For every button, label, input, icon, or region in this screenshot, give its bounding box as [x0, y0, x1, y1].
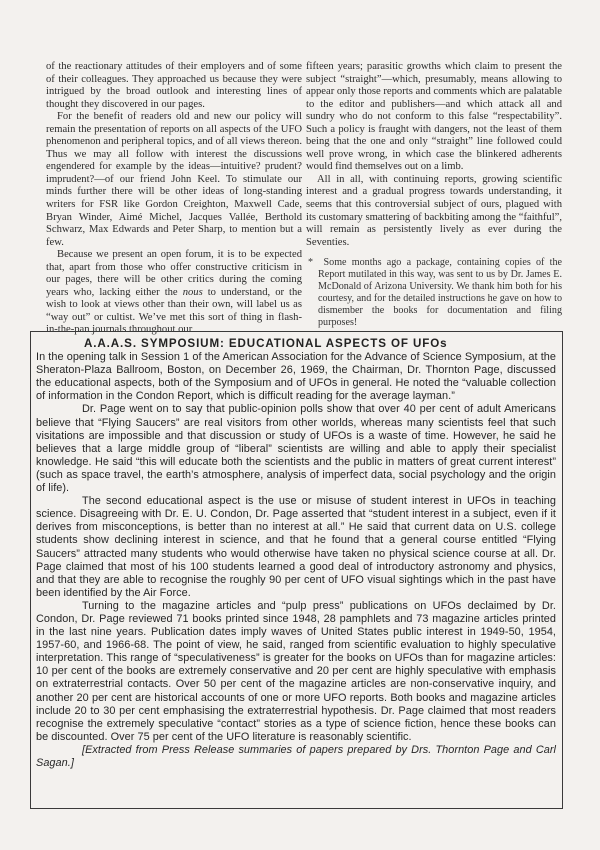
- footnote-marker: *: [308, 257, 313, 268]
- editorial-paragraph: Because we present an open forum, it is …: [46, 249, 302, 337]
- emphasis-word: nous: [183, 287, 203, 298]
- magazine-page: of the reactionary attitudes of their em…: [0, 0, 600, 850]
- editorial-left-column: of the reactionary attitudes of their em…: [46, 61, 302, 337]
- editorial-paragraph: For the benefit of readers old and new o…: [46, 111, 302, 249]
- article-paragraph: Dr. Page went on to say that public-opin…: [36, 403, 556, 495]
- article-title: A.A.A.S. SYMPOSIUM: EDUCATIONAL ASPECTS …: [36, 337, 556, 350]
- article-credit: [Extracted from Press Release summaries …: [36, 744, 556, 770]
- article-paragraph: In the opening talk in Session 1 of the …: [36, 351, 556, 403]
- article-paragraph: Turning to the magazine articles and “pu…: [36, 600, 556, 744]
- editorial-paragraph: of the reactionary attitudes of their em…: [46, 61, 302, 111]
- editorial-paragraph: All in all, with continuing reports, gro…: [306, 174, 562, 249]
- article-paragraph: The second educational aspect is the use…: [36, 495, 556, 600]
- editorial-paragraph: fifteen years; parasitic growths which c…: [306, 61, 562, 174]
- footnote: * Some months ago a package, containing …: [306, 257, 562, 328]
- article-box: A.A.A.S. SYMPOSIUM: EDUCATIONAL ASPECTS …: [30, 331, 563, 809]
- footnote-text: Some months ago a package, containing co…: [318, 257, 562, 328]
- article-body: A.A.A.S. SYMPOSIUM: EDUCATIONAL ASPECTS …: [36, 337, 556, 770]
- editorial-right-column: fifteen years; parasitic growths which c…: [306, 61, 562, 329]
